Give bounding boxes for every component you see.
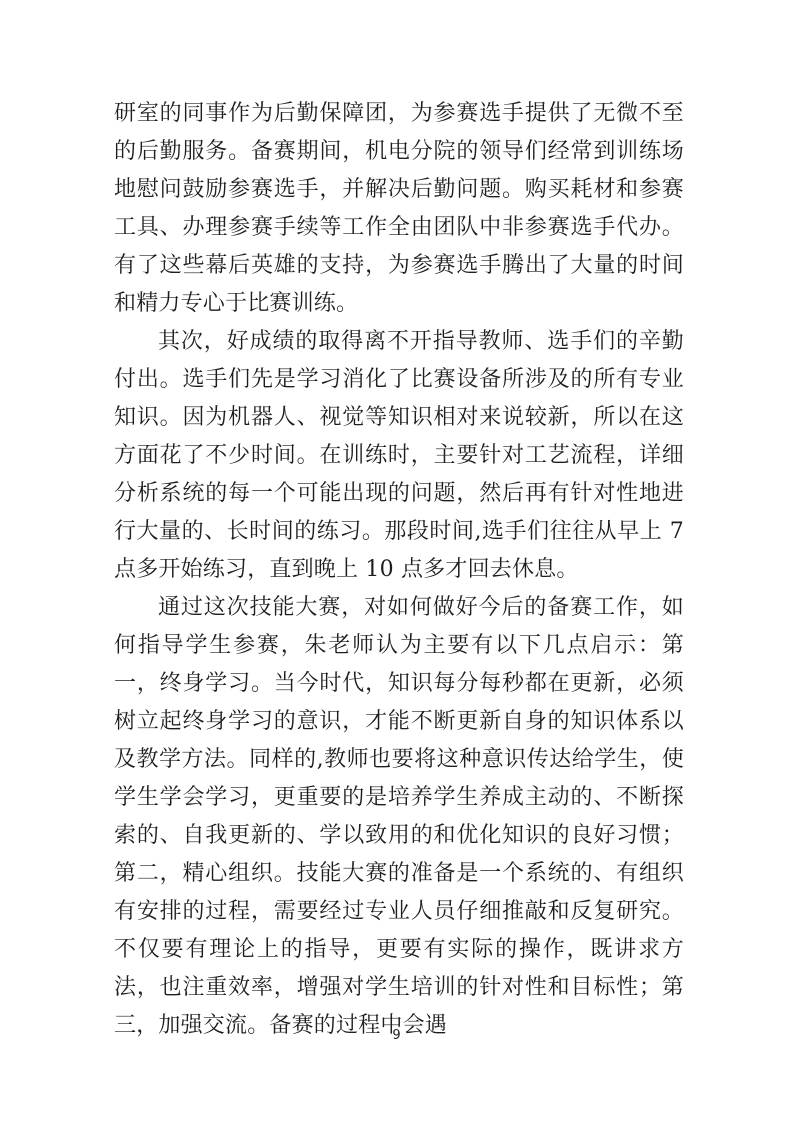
paragraph: 通过这次技能大赛，对如何做好今后的备赛工作，如何指导学生参赛，朱老师认为主要有以… bbox=[114, 589, 684, 1045]
page-body-text: 研室的同事作为后勤保障团，为参赛选手提供了无微不至的后勤服务。备赛期间，机电分院… bbox=[114, 95, 684, 1045]
document-page: 研室的同事作为后勤保障团，为参赛选手提供了无微不至的后勤服务。备赛期间，机电分院… bbox=[0, 0, 793, 1122]
paragraph: 其次，好成绩的取得离不开指导教师、选手们的辛勤付出。选手们先是学习消化了比赛设备… bbox=[114, 323, 684, 589]
page-footer: 9 bbox=[0, 1024, 793, 1043]
page-number: 9 bbox=[392, 1028, 400, 1043]
paragraph: 研室的同事作为后勤保障团，为参赛选手提供了无微不至的后勤服务。备赛期间，机电分院… bbox=[114, 95, 684, 323]
